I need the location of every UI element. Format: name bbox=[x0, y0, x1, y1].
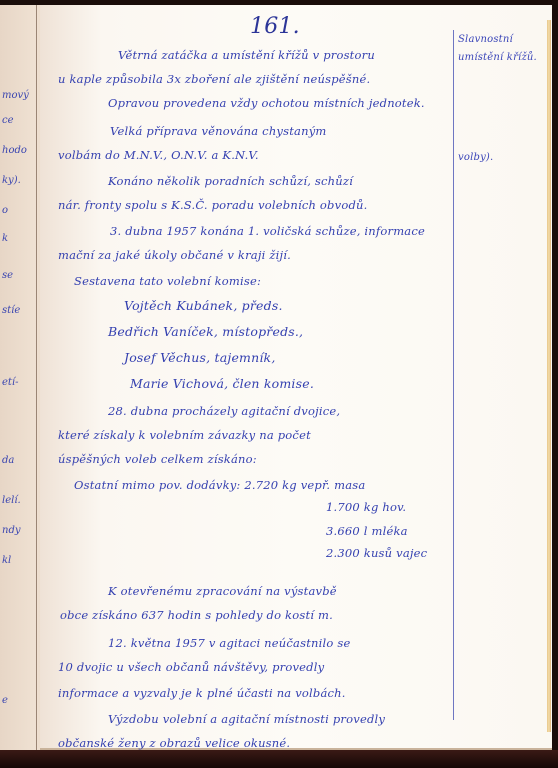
text-line: 10 dvojic u všech občanů návštěvy, prove… bbox=[58, 660, 324, 674]
text-line: Sestavena tato volební komise: bbox=[74, 274, 261, 288]
delivery-item: 3.660 l mléka bbox=[326, 524, 408, 538]
text-line: Výzdobu volební a agitační místnosti pro… bbox=[108, 712, 385, 726]
committee-member: Bedřich Vaníček, místopředs., bbox=[108, 324, 303, 339]
text-line: Ostatní mimo pov. dodávky: 2.720 kg vepř… bbox=[74, 478, 365, 492]
text-line: 12. května 1957 v agitaci neúčastnilo se bbox=[108, 636, 350, 650]
page-number: 161. bbox=[250, 14, 300, 39]
text-line: nár. fronty spolu s K.S.Č. poradu volebn… bbox=[58, 198, 367, 212]
left-page-fragment: da bbox=[2, 455, 14, 466]
left-page-fragment: mový bbox=[2, 90, 29, 101]
left-page-fragment: ndy bbox=[2, 525, 21, 536]
left-page-fragment: hodo bbox=[2, 145, 27, 156]
committee-member: Vojtěch Kubánek, předs. bbox=[124, 298, 283, 313]
text-line: občanské ženy z obrazů velice okusné. bbox=[58, 736, 290, 750]
margin-note: umístění křížů. bbox=[458, 52, 537, 63]
spine-line bbox=[36, 5, 37, 750]
text-line: informace a vyzvaly je k plné účasti na … bbox=[58, 686, 346, 700]
text-line: Konáno několik poradních schůzí, schůzí bbox=[108, 174, 353, 188]
text-line: obce získáno 637 hodin s pohledy do kost… bbox=[60, 608, 333, 622]
delivery-item: 1.700 kg hov. bbox=[326, 500, 406, 514]
text-line: K otevřenému zpracování na výstavbě bbox=[108, 584, 337, 598]
committee-member: Josef Věchus, tajemník, bbox=[124, 350, 276, 365]
text-line: úspěšných voleb celkem získáno: bbox=[58, 452, 257, 466]
text-line: Větrná zatáčka a umístění křížů v prosto… bbox=[118, 48, 375, 62]
book-bottom-edge bbox=[0, 750, 558, 768]
committee-member: Marie Vichová, člen komise. bbox=[130, 376, 314, 391]
text-line: Opravou provedena vždy ochotou místních … bbox=[108, 96, 425, 110]
left-page-fragment: stíe bbox=[2, 305, 20, 316]
text-line: 3. dubna 1957 konána 1. voličská schůze,… bbox=[110, 224, 425, 238]
left-page-fragment: ce bbox=[2, 115, 14, 126]
left-page-fragment: ky). bbox=[2, 175, 21, 186]
text-line: mační za jaké úkoly občané v kraji žijí. bbox=[58, 248, 291, 262]
text-line: Velká příprava věnována chystaným bbox=[110, 124, 327, 138]
left-page-fragment: se bbox=[2, 270, 13, 281]
text-line: volbám do M.N.V., O.N.V. a K.N.V. bbox=[58, 148, 259, 162]
left-page-fragment: e bbox=[2, 695, 8, 706]
margin-rule bbox=[453, 30, 454, 720]
margin-note: volby). bbox=[458, 152, 493, 163]
text-line: u kaple způsobila 3x zboření ale zjištěn… bbox=[58, 72, 370, 86]
page-edge bbox=[547, 20, 551, 732]
delivery-item: 2.300 kusů vajec bbox=[326, 546, 427, 560]
text-line: 28. dubna procházely agitační dvojice, bbox=[108, 404, 340, 418]
left-page-fragment: o bbox=[2, 205, 8, 216]
left-page-fragment: etí- bbox=[2, 377, 19, 388]
text-line: které získaly k volebním závazky na poče… bbox=[58, 428, 311, 442]
margin-note: Slavnostní bbox=[458, 34, 513, 45]
left-page-fragment: k bbox=[2, 233, 8, 244]
left-page-fragment: kl bbox=[2, 555, 11, 566]
left-page-fragment: lelí. bbox=[2, 495, 21, 506]
